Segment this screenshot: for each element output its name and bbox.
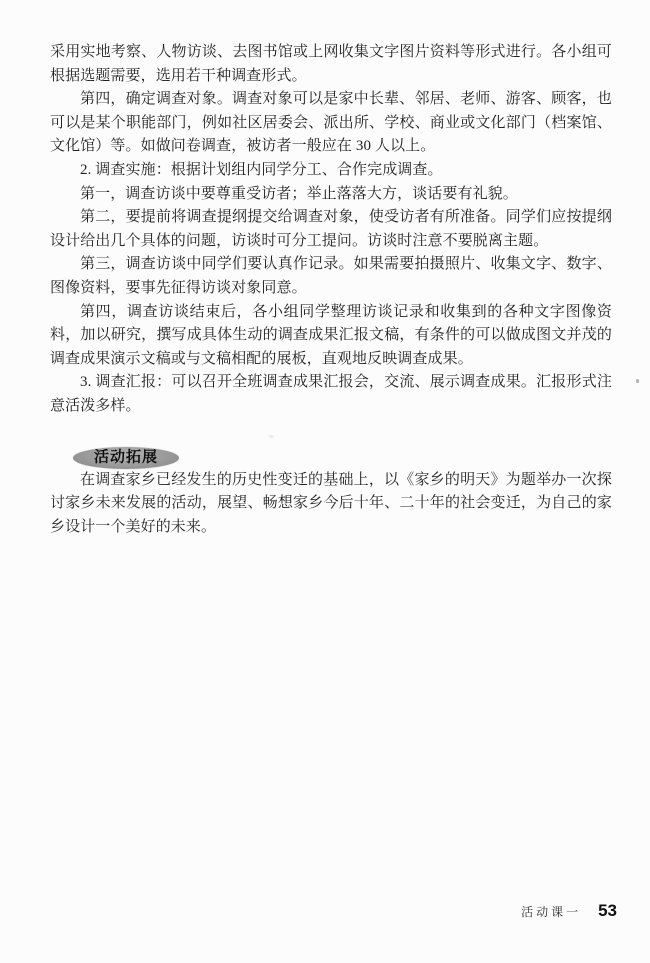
page-number: 53 bbox=[598, 901, 617, 921]
page-footer: 活动课一 53 bbox=[0, 901, 617, 921]
paragraph: 3. 调查汇报：可以召开全班调查成果汇报会，交流、展示调查成果。汇报形式注意活泼… bbox=[50, 371, 612, 418]
footer-section-label: 活动课一 bbox=[521, 903, 581, 920]
paragraph: 第二，要提前将调查提纲提交给调查对象，使受访者有所准备。同学们应按提纲设计给出几… bbox=[50, 206, 612, 253]
paragraph: 第四，调查访谈结束后，各小组同学整理访谈记录和收集到的各种文字图像资料，加以研究… bbox=[50, 301, 612, 372]
paragraph: 第一，调查访谈中要尊重受访者；举止落落大方，谈话要有礼貌。 bbox=[50, 183, 612, 207]
paragraph-continuation: 采用实地考察、人物访谈、去图书馆或上网收集文字图片资料等形式进行。各小组可根据选… bbox=[50, 41, 612, 88]
textbook-page: 采用实地考察、人物访谈、去图书馆或上网收集文字图片资料等形式进行。各小组可根据选… bbox=[0, 0, 650, 963]
paragraph: 第四，确定调查对象。调查对象可以是家中长辈、邻居、老师、游客、顾客，也可以是某个… bbox=[50, 88, 612, 159]
scan-artifact-dot bbox=[269, 435, 274, 438]
paragraph: 2. 调查实施：根据计划组内同学分工、合作完成调查。 bbox=[50, 159, 612, 183]
body-text: 采用实地考察、人物访谈、去图书馆或上网收集文字图片资料等形式进行。各小组可根据选… bbox=[50, 41, 612, 539]
scan-artifact-dot bbox=[636, 379, 639, 383]
paragraph: 第三，调查访谈中同学们要认真作记录。如果需要拍摄照片、收集文字、数字、图像资料，… bbox=[50, 253, 612, 300]
badge-label: 活动拓展 bbox=[94, 450, 158, 465]
activity-extension-badge: 活动拓展 bbox=[73, 447, 179, 469]
activity-extension-paragraph: 在调查家乡已经发生的历史性变迁的基础上，以《家乡的明天》为题举办一次探讨家乡未来… bbox=[50, 469, 612, 540]
